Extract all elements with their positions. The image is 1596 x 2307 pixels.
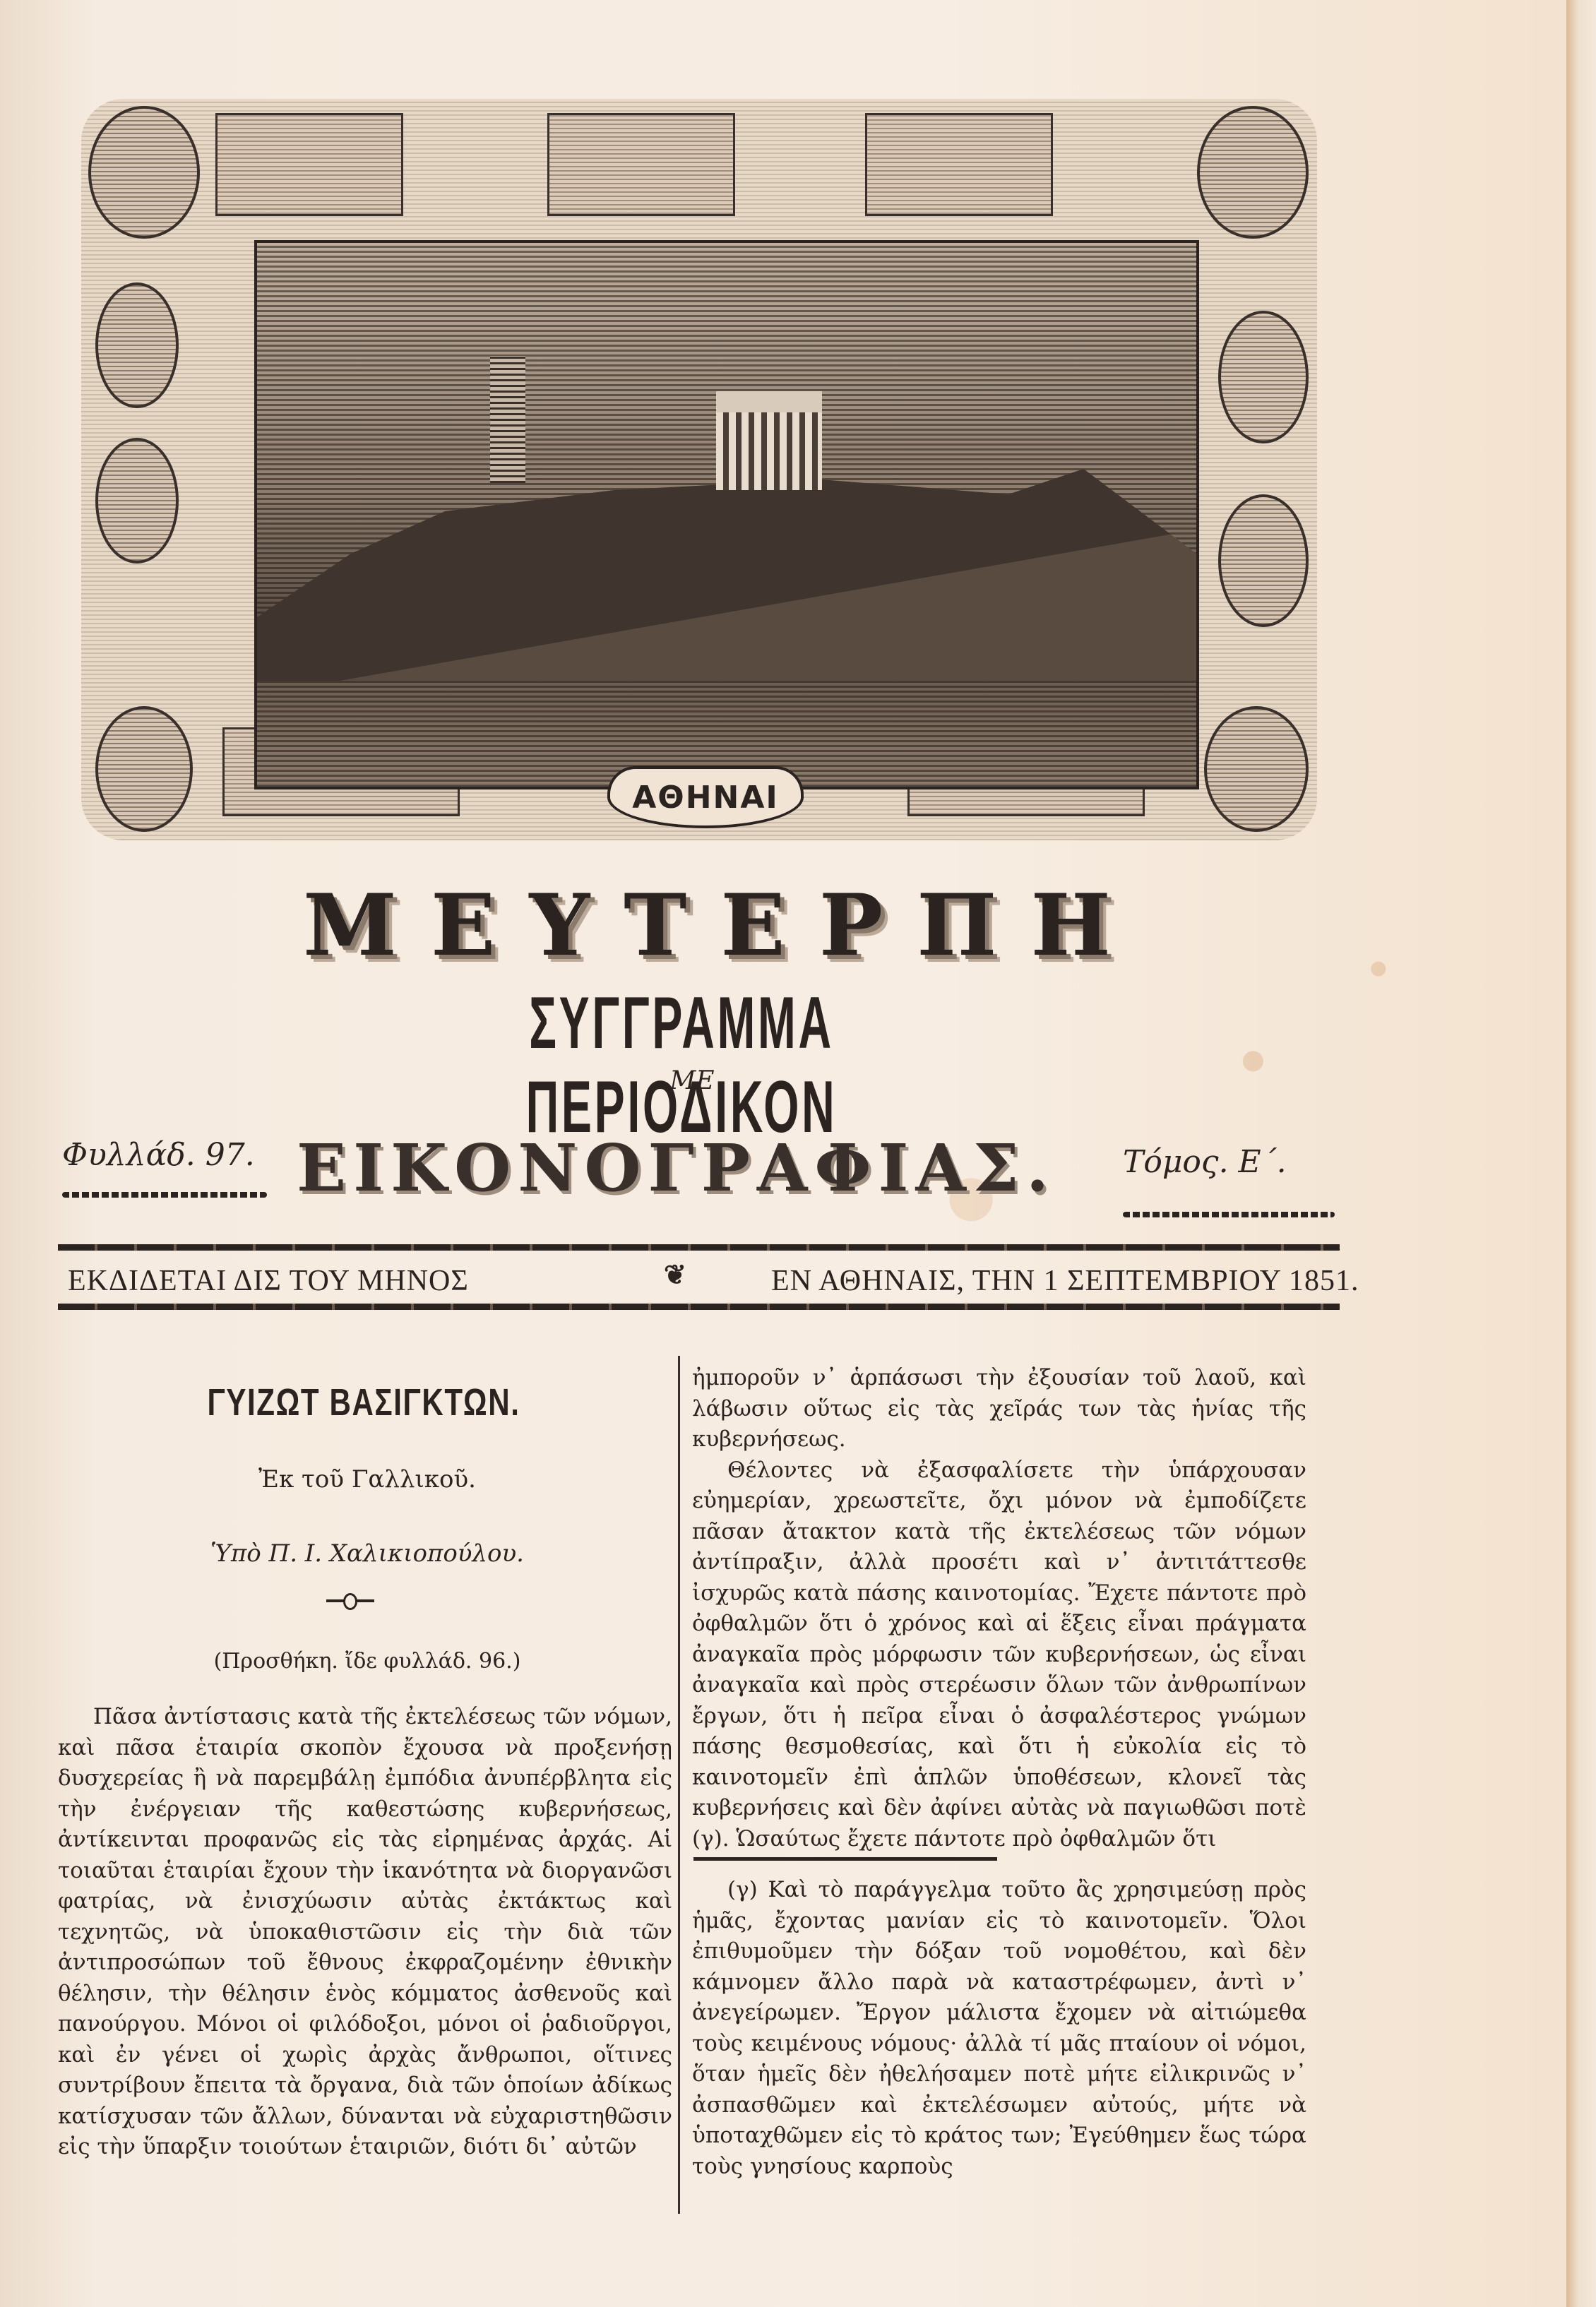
section-divider-ornament <box>343 1593 357 1610</box>
place-and-date: ΕΝ ΑΘΗΝΑΙΣ, ΤΗΝ 1 ΣΕΠΤΕΜΒΡΙΟΥ 1851. <box>771 1264 1359 1298</box>
article-title: ΓΥΙΖΩΤ ΒΑΣΙΓΚΤΩΝ. <box>174 1381 554 1424</box>
frankish-tower <box>490 356 525 483</box>
acropolis-illustration <box>254 240 1199 789</box>
fleuron-icon: ❦ <box>664 1258 686 1290</box>
footnote: (γ) Καὶ τὸ παράγγελμα τοῦτο ἂς χρησιμεύσ… <box>692 1875 1306 2182</box>
footnote-rule <box>693 1857 997 1861</box>
paragraph: Πᾶσα ἀντίστασις κατὰ τῆς ἐκτελέσεως τῶν … <box>58 1702 672 2163</box>
left-column: Πᾶσα ἀντίστασις κατὰ τῆς ἐκτελέσεως τῶν … <box>58 1702 672 2163</box>
page-edge <box>1566 0 1596 2307</box>
masthead-rule-bottom <box>58 1304 1340 1310</box>
masthead-rule-top <box>58 1244 1340 1251</box>
parthenon <box>716 391 822 490</box>
athens-cartouche: ΑΘΗΝΑΙ <box>607 766 804 828</box>
paragraph: Θέλοντες νὰ ἐξασφαλίσετε τὴν ὑπάρχουσαν … <box>692 1455 1306 1855</box>
article-continuation-note: (Προσθήκη. ἴδε φυλλάδ. 96.) <box>56 1649 678 1674</box>
publication-subtitle-illustrations: ΕΙΚΟΝΟΓΡΑΦΙΑΣ. <box>297 1130 989 1206</box>
vignette-top-right <box>1197 106 1309 239</box>
vignette-top-3 <box>865 113 1053 216</box>
publication-frequency: ΕΚΔΙΔΕΤΑΙ ΔΙΣ ΤΟΥ ΜΗΝΟΣ <box>68 1264 469 1298</box>
sheet-number: Φυλλάδ. 97. <box>62 1137 255 1173</box>
right-column: ἠμποροῦν ν᾿ ἁρπάσωσι τὴν ἐξουσίαν τοῦ λα… <box>692 1363 1306 1854</box>
ornamental-rule-left <box>62 1192 267 1198</box>
vignette-left-1 <box>95 282 179 408</box>
ornamental-rule-right <box>1123 1212 1335 1217</box>
header-engraving <box>81 99 1317 840</box>
vignette-bottom-right <box>1204 706 1309 832</box>
vignette-bottom-left <box>95 706 193 832</box>
vignette-top-left <box>88 106 200 239</box>
vignette-left-2 <box>95 438 179 564</box>
article-translator: Ὑπὸ Π. Ι. Χαλικιοπούλου. <box>56 1539 678 1568</box>
footnote-text: (γ) Καὶ τὸ παράγγελμα τοῦτο ἂς χρησιμεύσ… <box>692 1875 1306 2182</box>
article-source: Ἐκ τοῦ Γαλλικοῦ. <box>56 1465 678 1494</box>
publication-title: ΜΕΥΤΕΡΠΗ <box>282 876 1165 975</box>
publication-subtitle: ΣΥΓΓΡΑΜΜΑ ΠΕΡΙΟΔΙΚΟΝ <box>430 982 934 1150</box>
vignette-top-1 <box>215 113 403 216</box>
acropolis-rock <box>257 469 1196 681</box>
paragraph: ἠμποροῦν ν᾿ ἁρπάσωσι τὴν ἐξουσίαν τοῦ λα… <box>692 1363 1306 1455</box>
vignette-right-1 <box>1218 311 1309 443</box>
vignette-top-2 <box>547 113 735 216</box>
vignette-right-2 <box>1218 494 1309 627</box>
newspaper-page: ΑΘΗΝΑΙ ΜΕΥΤΕΡΠΗ ΣΥΓΓΡΑΜΜΑ ΠΕΡΙΟΔΙΚΟΝ ΜΕ … <box>0 0 1566 2307</box>
subtitle-connector: ΜΕ <box>650 1066 734 1095</box>
column-divider <box>678 1356 680 2214</box>
volume-number: Τόμος. Ε΄. <box>1123 1144 1287 1180</box>
